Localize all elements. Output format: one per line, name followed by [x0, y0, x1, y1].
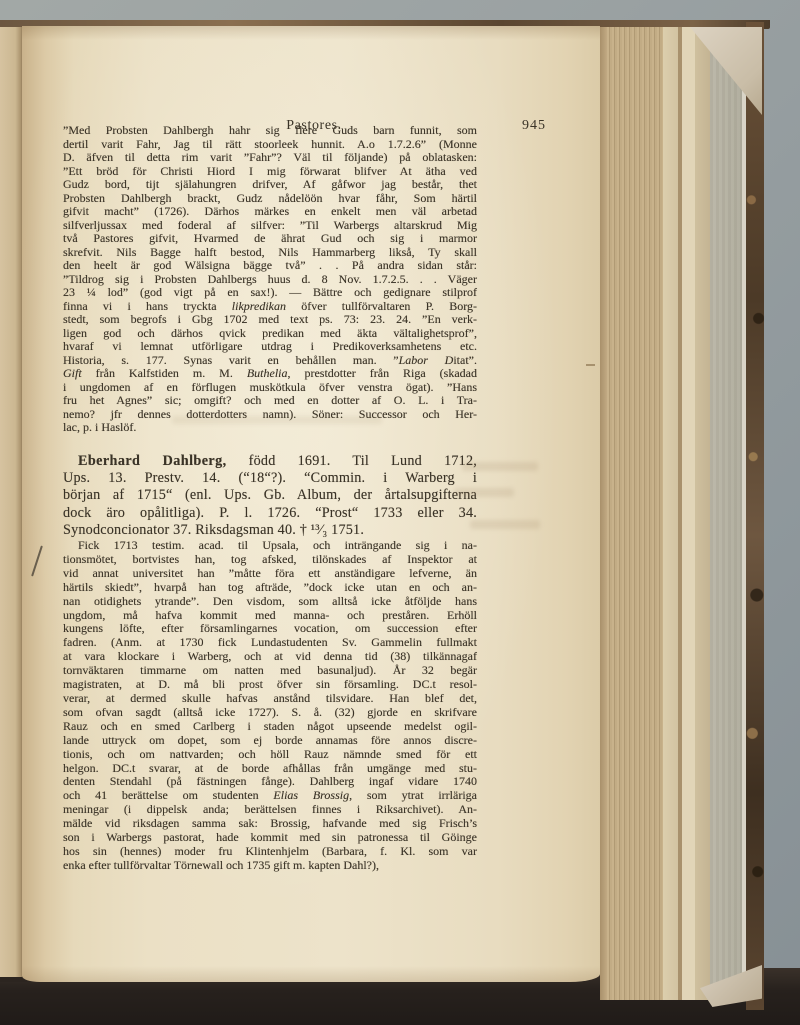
text-line: i ungdomen af en förflugen muskötkula öf…: [63, 381, 477, 395]
text-line: två Pastores gifvit, Hvarmed de ährat Gu…: [63, 232, 477, 246]
show-through-smudge: [462, 462, 538, 471]
page-edges-tan: [695, 27, 710, 1000]
text-line: Gift från Kalfstiden m. M. Buthelia, pre…: [63, 367, 477, 381]
text-line: Rauz och en smed Carlberg i staden något…: [63, 720, 477, 734]
text-line: Historia, s. 177. Synas varit en behålle…: [63, 354, 477, 368]
text-line: nan otidighets ytrande”. Den visdom, som…: [63, 595, 477, 609]
text-line: tionis, och om nattvarden; och höll Rauz…: [63, 748, 477, 762]
fore-edge-page-stack: [600, 27, 746, 1000]
text-line: vid annat universitet han ”måtte föra et…: [63, 567, 477, 581]
text-line: D. äfven til detta rim varit ”Fahr”? Väl…: [63, 151, 477, 165]
text-line: Synodconcionator 37. Riksdagsman 40. † ¹…: [63, 522, 477, 539]
text-line: dock äro opålitliga). P. l. 1726. “Prost…: [63, 505, 477, 522]
text-line: lande uttryck om dopet, som ej borde ann…: [63, 734, 477, 748]
endpaper-edges: [710, 27, 742, 1000]
text-line: och 41 berättelse om studenten Elias Bro…: [63, 789, 477, 803]
page-edges-light: [663, 27, 678, 1000]
text-line: hos sin (hennes) moder fru Klintenhjelm …: [63, 845, 477, 859]
text-line: tornväktaren timmarne om natten med basu…: [63, 664, 477, 678]
text-line: tionsmötet, bortvistes han, tog afsked, …: [63, 553, 477, 567]
text-line: Fick 1713 testim. acad. til Upsala, och …: [63, 539, 477, 553]
text-line: gifvit macht” (1726). Därhos märkes en e…: [63, 205, 477, 219]
text-line: son i Warbergs pastorat, hade kommit med…: [63, 831, 477, 845]
text-line: ”Ett bröd för Christi Hiord I mig förwar…: [63, 165, 477, 179]
text-line: dertil varit Fahr, Jag til rätt stoorlee…: [63, 138, 477, 152]
text-line: ligen god och därhos qvick predikan med …: [63, 327, 477, 341]
page-number: 945: [522, 118, 546, 134]
text-line: ”Med Probsten Dahlbergh hahr sig flere G…: [63, 124, 477, 138]
page-edges-cream: [682, 27, 695, 1000]
text-line: som ofvan sagdt (alltså icke 1727). S. å…: [63, 706, 477, 720]
text-line: Gudz bord, tijt själahungren drifver, Af…: [63, 178, 477, 192]
text-line: stedt, som begrofs i Gbg 1702 med text p…: [63, 313, 477, 327]
text-line: Probsten Dahlbergh brackt, Gudz nådelöön…: [63, 192, 477, 206]
paragraph-1: ”Med Probsten Dahlbergh hahr sig flere G…: [63, 124, 477, 435]
foxing-mark: [586, 364, 595, 366]
text-line: Ups. 13. Prestv. 14. (“18“?). “Commin. i…: [63, 470, 477, 487]
text-line: den heelt är god Wälsigna bägge två” . .…: [63, 259, 477, 273]
text-line: helgon. DC.t svarar, at de borde afhålla…: [63, 762, 477, 776]
paragraph-3: Fick 1713 testim. acad. til Upsala, och …: [63, 539, 477, 873]
text-line: fadren. (Anm. at 1730 fick Lundastudente…: [63, 636, 477, 650]
text-line: finna vi i hans tryckta likpredikan öfve…: [63, 300, 477, 314]
text-line: 23 ¼ lod” (god vigt på en sax!). — Bättr…: [63, 286, 477, 300]
text-line: enka efter tullförvaltar Törnewall och 1…: [63, 859, 477, 873]
text-line: fru het Agnes” sic; omgift? och med en d…: [63, 394, 477, 408]
text-line: silfverljussax med foderal af silfver: ”…: [63, 219, 477, 233]
text-line: verar, at dermed skulle hafvas anstånd t…: [63, 692, 477, 706]
text-line: kungens löfte, efter församlingarnes voc…: [63, 622, 477, 636]
book-photo-scene: Pastores. 945 ”Med Probsten Dahlbergh ha…: [0, 0, 800, 1025]
text-line: ”Tildrog sig i Probsten Dahlbergs huus d…: [63, 273, 477, 287]
text-line: Eberhard Dahlberg, född 1691. Til Lund 1…: [63, 453, 477, 470]
page-crease: [600, 27, 607, 1000]
text-line: ungdom, må hafva kommit med manna- och p…: [63, 609, 477, 623]
left-page-stack: [0, 27, 22, 977]
text-line: magistraten, at D. må bli prost öfver si…: [63, 678, 477, 692]
paragraph-2: Eberhard Dahlberg, född 1691. Til Lund 1…: [63, 453, 477, 539]
text-line: härtils skiedt”, hvarpå han tog afträde,…: [63, 581, 477, 595]
show-through-smudge: [470, 520, 540, 529]
page-edges-striated: [607, 27, 663, 1000]
show-through-smudge: [172, 416, 382, 424]
marbled-cover-edge: [746, 22, 764, 1010]
text-line: mälde vid riksdagen samma sak: Brossig, …: [63, 817, 477, 831]
text-line: meningar (i dippelsk anda; berättelsen f…: [63, 803, 477, 817]
handwritten-pen-mark: [31, 545, 43, 576]
show-through-smudge: [454, 488, 514, 497]
text-line: början af 1715“ (enl. Ups. Gb. Album, de…: [63, 487, 477, 504]
text-line: hvaraf vi lemnat utförligare utdrag i Pr…: [63, 340, 477, 354]
text-line: skrefvit. Nils Bagge halft bestod, Nils …: [63, 246, 477, 260]
text-line: denten Stendahl (på fästningen fånge). D…: [63, 775, 477, 789]
book-page: Pastores. 945 ”Med Probsten Dahlbergh ha…: [22, 26, 600, 982]
